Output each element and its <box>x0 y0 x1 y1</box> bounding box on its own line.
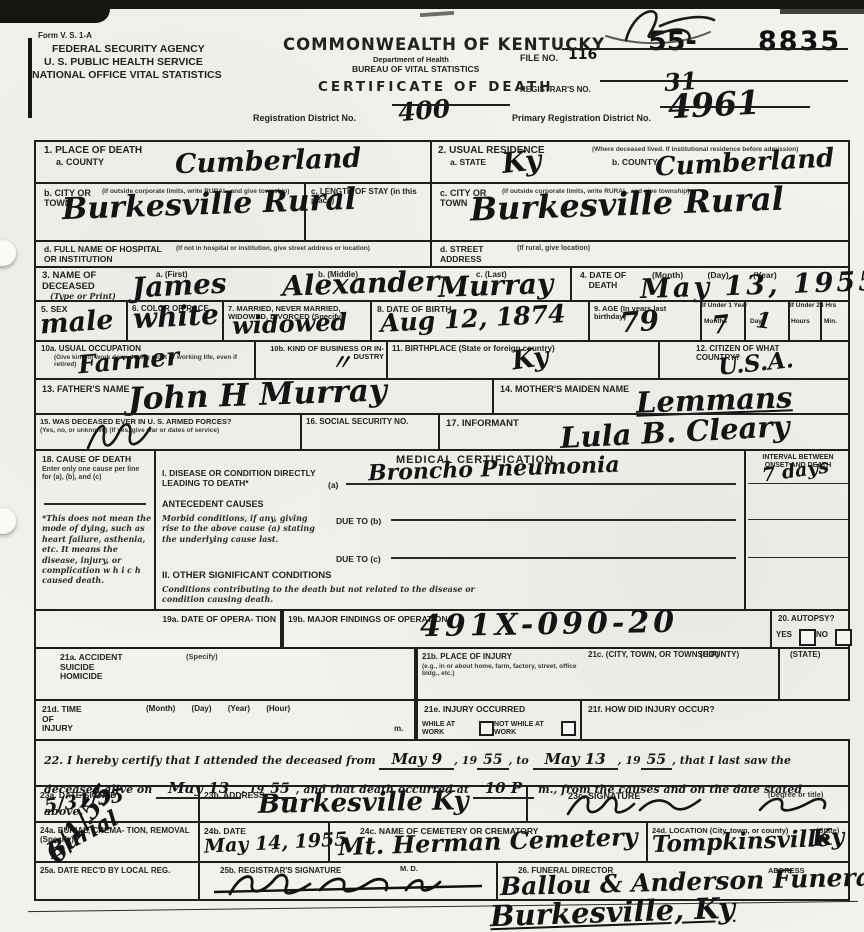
field-cause-of-death-sidebar: 18. CAUSE OF DEATH Enter only one cause … <box>34 449 156 611</box>
date-of-death-label: 4. DATE OF DEATH <box>578 271 628 290</box>
other-conditions-label: II. OTHER SIGNIFICANT CONDITIONS <box>162 571 331 582</box>
residence-state-label: a. STATE <box>450 158 486 168</box>
how-injury-label: 21f. HOW DID INJURY OCCUR? <box>588 705 715 715</box>
cert-to-year: 55 <box>641 752 672 770</box>
morbid-note: Morbid conditions, if any, giving rise t… <box>162 513 322 544</box>
major-findings-value: 491X-090-20 <box>420 608 679 643</box>
cert-text-4: , 19 <box>618 754 641 767</box>
cert-text-3: , to <box>509 754 529 767</box>
due-to-c-label: DUE TO (c) <box>336 555 381 565</box>
cause-note2: *This does not mean the mode of dying, s… <box>42 513 152 586</box>
injury-occurred-label: 21e. INJURY OCCURRED <box>424 705 525 715</box>
place-of-injury-note: (e.g., in or about home, farm, factory, … <box>422 663 582 678</box>
other-conditions-note: Conditions contributing to the death but… <box>162 584 492 605</box>
age-days-value: 1 <box>755 309 773 332</box>
punch-hole <box>0 240 16 266</box>
city-town-residence-value: Burkesville Rural <box>470 183 785 226</box>
due-to-b-label: DUE TO (b) <box>336 517 381 527</box>
not-while-at-work-label: NOT WHILE AT WORK <box>494 721 556 737</box>
cause-note1: Enter only one cause per line for (a), (… <box>42 466 150 482</box>
place-of-death-title: 1. PLACE OF DEATH <box>44 145 142 156</box>
last-name-value: Murray <box>438 270 554 302</box>
registrar-signature-scrawl <box>210 866 490 904</box>
field-social-security: 16. SOCIAL SECURITY NO. <box>300 413 440 451</box>
age-months-value: 7 <box>711 311 731 338</box>
certificate-title: CERTIFICATE OF DEATH <box>318 80 554 95</box>
disease-a-label: (a) <box>328 481 338 491</box>
age-min-label: Min. <box>824 318 837 325</box>
fathers-name-value: John H Murray <box>128 375 388 415</box>
accident-note: (Specify) <box>186 653 218 661</box>
sidebar-divider <box>44 503 146 505</box>
cert-text-2: , 19 <box>454 754 477 767</box>
not-while-at-work-checkbox <box>561 721 576 736</box>
bureau-line: BUREAU OF VITAL STATISTICS <box>352 65 479 75</box>
field-injury-state <box>778 647 850 701</box>
funeral-director-city-value: Burkesville, Ky <box>490 894 736 932</box>
antecedent-label: ANTECEDENT CAUSES <box>162 499 264 509</box>
middle-name-value: Alexander <box>282 267 440 300</box>
scan-edge-artifact <box>0 0 864 9</box>
punch-hole <box>0 508 16 534</box>
field-armed-forces: 15. WAS DECEASED EVER IN U. S. ARMED FOR… <box>34 413 302 451</box>
time-of-injury-cols: (Month) (Day) (Year) (Hour) <box>146 705 290 714</box>
name-title: 3. NAME OF DECEASED <box>42 271 132 292</box>
cert-text-1: I hereby certify that I attended the dec… <box>67 754 376 767</box>
hospital-label: d. FULL NAME OF HOSPITAL OR INSTITUTION <box>44 245 174 264</box>
registrar-no-label: REGISTRAR'S NO. <box>520 86 591 95</box>
interval-line-c <box>748 557 848 558</box>
burial-location-state-value: Ky <box>811 825 845 850</box>
informant-label: 17. INFORMANT <box>446 419 519 430</box>
line-c <box>391 557 736 559</box>
registrar-no-line <box>600 80 848 82</box>
residence-state-value: Ky <box>501 146 543 178</box>
handwritten-scribble <box>598 2 718 48</box>
injury-county-label: (COUNTY) <box>700 651 739 660</box>
birthplace-value: Ky <box>510 344 550 375</box>
cert-to-date: May 13 <box>533 750 618 770</box>
age-under1-label: If Under 1 Year <box>702 302 786 309</box>
field-date-received: 25a. DATE REC'D BY LOCAL REG. <box>34 861 200 901</box>
cert-from-date: May 9 <box>379 750 454 770</box>
age-hours-label: Hours <box>791 318 810 325</box>
date-of-death-value: May 13, 1955 <box>640 268 864 303</box>
disease-label: I. DISEASE OR CONDITION DIRECTLY LEADING… <box>162 469 322 488</box>
field-certification-statement: 22. I hereby certify that I attended the… <box>34 739 850 787</box>
scan-smudge-artifact <box>780 4 864 14</box>
field-street-address: d. STREET ADDRESS (If rural, give locati… <box>430 240 850 268</box>
accident-label: 21a. ACCIDENT SUICIDE HOMICIDE <box>60 653 130 682</box>
autopsy-no-label: NO <box>816 631 828 640</box>
cert-from-year: 55 <box>477 752 508 770</box>
autopsy-yes-label: YES <box>776 631 792 640</box>
time-of-injury-label: 21d. TIME OF INJURY <box>42 705 87 734</box>
hospital-note: (If not in hospital or institution, give… <box>176 245 426 252</box>
field-time-of-injury: 21d. TIME OF INJURY (Month) (Day) (Year)… <box>34 699 416 741</box>
street-address-label: d. STREET ADDRESS <box>440 245 500 264</box>
place-of-death-county-value: Cumberland <box>175 145 362 178</box>
file-no-line <box>562 48 848 50</box>
street-address-note: (If rural, give location) <box>517 245 590 253</box>
cause-of-death-label: 18. CAUSE OF DEATH <box>42 455 131 465</box>
stamp-certificate-number: 8835 <box>758 26 841 57</box>
scan-corner-artifact <box>0 0 110 23</box>
primary-district-label: Primary Registration District No. <box>512 113 651 123</box>
field-injury-occurred: 21e. INJURY OCCURRED WHILE AT WORK NOT W… <box>416 699 582 741</box>
county-label: a. COUNTY <box>56 157 104 167</box>
fathers-name-label: 13. FATHER'S NAME <box>42 384 130 394</box>
armed-forces-note: (Yes, no, or unknown) (If yes, give war … <box>40 427 295 434</box>
while-at-work-label: WHILE AT WORK <box>422 721 478 737</box>
page-title: COMMONWEALTH OF KENTUCKY <box>283 36 605 54</box>
time-of-injury-m: m. <box>394 725 403 734</box>
interval-line-b <box>748 519 848 520</box>
while-at-work-checkbox <box>479 721 494 736</box>
sex-value: male <box>39 306 114 338</box>
autopsy-label: 20. AUTOPSY? <box>778 615 834 624</box>
place-of-injury-label: 21b. PLACE OF INJURY <box>422 653 542 662</box>
registration-district-label: Registration District No. <box>253 113 356 123</box>
physician-address-label: 23b. ADDRESS <box>204 791 265 801</box>
field-how-did-injury-occur: 21f. HOW DID INJURY OCCUR? <box>580 699 850 741</box>
business-label: 10b. KIND OF BUSINESS OR IN- DUSTRY <box>260 345 384 362</box>
armed-forces-label: 15. WAS DECEASED EVER IN U. S. ARMED FOR… <box>40 418 295 426</box>
form-number: Form V. S. 1-A <box>38 32 92 41</box>
field-autopsy: 20. AUTOPSY? YES NO <box>770 609 850 649</box>
file-no-label: FILE NO. <box>520 53 558 63</box>
ssn-label: 16. SOCIAL SECURITY NO. <box>306 418 436 427</box>
line-b <box>391 519 736 521</box>
autopsy-yes-checkbox <box>799 629 816 646</box>
agency-line-2: U. S. PUBLIC HEALTH SERVICE <box>44 57 203 69</box>
age-value: 79 <box>619 307 660 338</box>
color-race-value: white <box>132 301 219 333</box>
primary-district-line <box>660 106 810 108</box>
registration-district-line <box>392 104 510 106</box>
primary-district-value: 4961 <box>667 86 760 124</box>
scan-mark-artifact <box>420 11 454 17</box>
marital-value: widowed <box>232 310 348 338</box>
residence-county-label: b. COUNTY <box>612 158 658 168</box>
age-under24-label: If Under 24 Hrs <box>790 302 848 309</box>
mothers-name-label: 14. MOTHER'S MAIDEN NAME <box>500 384 629 394</box>
agency-line-3: NATIONAL OFFICE VITAL STATISTICS <box>32 70 222 82</box>
physician-address-value: Burkesville Ky <box>258 788 469 818</box>
physician-signature-scrawl <box>560 788 840 822</box>
field-hospital-name: d. FULL NAME OF HOSPITAL OR INSTITUTION … <box>34 240 432 268</box>
cert-num: 22. <box>44 754 63 767</box>
date-of-operation-label: 19a. DATE OF OPERA- TION <box>76 615 276 625</box>
business-value: 〃 <box>330 352 352 374</box>
registration-district-value: 400 <box>397 96 451 125</box>
burial-location-value: Tompkinsville <box>652 827 831 856</box>
agency-line-1: FEDERAL SECURITY AGENCY <box>52 44 205 56</box>
field-accident-suicide-homicide: 21a. ACCIDENT SUICIDE HOMICIDE (Specify) <box>34 647 416 701</box>
death-certificate-scan: Form V. S. 1-A FEDERAL SECURITY AGENCY U… <box>0 0 864 932</box>
field-date-of-operation: 19a. DATE OF OPERA- TION <box>34 609 282 649</box>
autopsy-no-checkbox <box>835 629 852 646</box>
